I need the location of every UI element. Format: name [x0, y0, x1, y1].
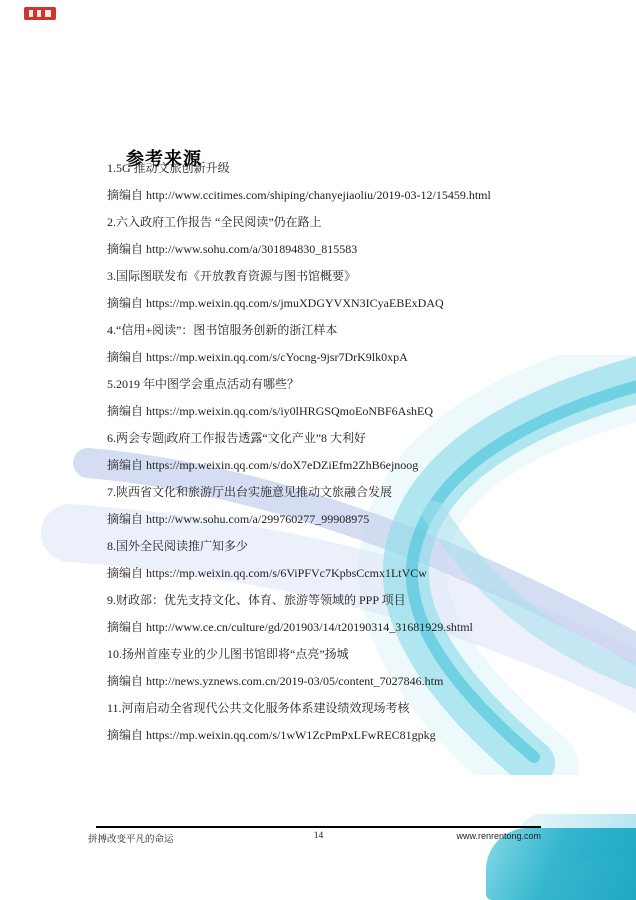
- reference-source: 摘编自 https://mp.weixin.qq.com/s/doX7eDZiE…: [107, 459, 582, 471]
- reference-source: 摘编自 https://mp.weixin.qq.com/s/jmuXDGYVX…: [107, 297, 582, 309]
- document-page: 参考来源 1.5G 推动文旅创新升级 摘编自 http://www.ccitim…: [0, 0, 636, 900]
- reference-list: 1.5G 推动文旅创新升级 摘编自 http://www.ccitimes.co…: [107, 162, 582, 756]
- reference-item: 6.两会专题|政府工作报告透露“文化产业”8 大利好 摘编自 https://m…: [107, 432, 582, 471]
- reference-item: 2.六入政府工作报告 “全民阅读”仍在路上 摘编自 http://www.soh…: [107, 216, 582, 255]
- reference-source: 摘编自 http://www.sohu.com/a/299760277_9990…: [107, 513, 582, 525]
- reference-source: 摘编自 https://mp.weixin.qq.com/s/1wW1ZcPmP…: [107, 729, 582, 741]
- reference-item: 8.国外全民阅读推广知多少 摘编自 https://mp.weixin.qq.c…: [107, 540, 582, 579]
- reference-item: 4.“信用+阅读”：图书馆服务创新的浙江样本 摘编自 https://mp.we…: [107, 324, 582, 363]
- reference-title: 3.国际图联发布《开放教育资源与图书馆概要》: [107, 270, 582, 282]
- reference-item: 3.国际图联发布《开放教育资源与图书馆概要》 摘编自 https://mp.we…: [107, 270, 582, 309]
- reference-title: 8.国外全民阅读推广知多少: [107, 540, 582, 552]
- reference-item: 9.财政部：优先支持文化、体育、旅游等领域的 PPP 项目 摘编自 http:/…: [107, 594, 582, 633]
- reference-source: 摘编自 http://news.yznews.com.cn/2019-03/05…: [107, 675, 582, 687]
- reference-title: 4.“信用+阅读”：图书馆服务创新的浙江样本: [107, 324, 582, 336]
- reference-source: 摘编自 http://www.ce.cn/culture/gd/201903/1…: [107, 621, 582, 633]
- reference-title: 10.扬州首座专业的少儿图书馆即将“点亮”扬城: [107, 648, 582, 660]
- page-footer: 拼搏改变平凡的命运 14 www.renrentong.com: [96, 826, 541, 847]
- reference-title: 1.5G 推动文旅创新升级: [107, 162, 582, 174]
- reference-item: 5.2019 年中图学会重点活动有哪些？ 摘编自 https://mp.weix…: [107, 378, 582, 417]
- reference-source: 摘编自 https://mp.weixin.qq.com/s/6ViPFVc7K…: [107, 567, 582, 579]
- reference-title: 7.陕西省文化和旅游厅出台实施意见推动文旅融合发展: [107, 486, 582, 498]
- red-logo-mark-icon: [24, 7, 56, 20]
- reference-item: 1.5G 推动文旅创新升级 摘编自 http://www.ccitimes.co…: [107, 162, 582, 201]
- reference-title: 11.河南启动全省现代公共文化服务体系建设绩效现场考核: [107, 702, 582, 714]
- reference-title: 9.财政部：优先支持文化、体育、旅游等领域的 PPP 项目: [107, 594, 582, 606]
- reference-source: 摘编自 http://www.ccitimes.com/shiping/chan…: [107, 189, 582, 201]
- reference-item: 11.河南启动全省现代公共文化服务体系建设绩效现场考核 摘编自 https://…: [107, 702, 582, 741]
- reference-source: 摘编自 https://mp.weixin.qq.com/s/iy0lHRGSQ…: [107, 405, 582, 417]
- reference-item: 10.扬州首座专业的少儿图书馆即将“点亮”扬城 摘编自 http://news.…: [107, 648, 582, 687]
- footer-site-url: www.renrentong.com: [456, 831, 541, 841]
- reference-title: 6.两会专题|政府工作报告透露“文化产业”8 大利好: [107, 432, 582, 444]
- reference-item: 7.陕西省文化和旅游厅出台实施意见推动文旅融合发展 摘编自 http://www…: [107, 486, 582, 525]
- reference-source: 摘编自 http://www.sohu.com/a/301894830_8155…: [107, 243, 582, 255]
- reference-title: 2.六入政府工作报告 “全民阅读”仍在路上: [107, 216, 582, 228]
- reference-source: 摘编自 https://mp.weixin.qq.com/s/cYocng-9j…: [107, 351, 582, 363]
- reference-title: 5.2019 年中图学会重点活动有哪些？: [107, 378, 582, 390]
